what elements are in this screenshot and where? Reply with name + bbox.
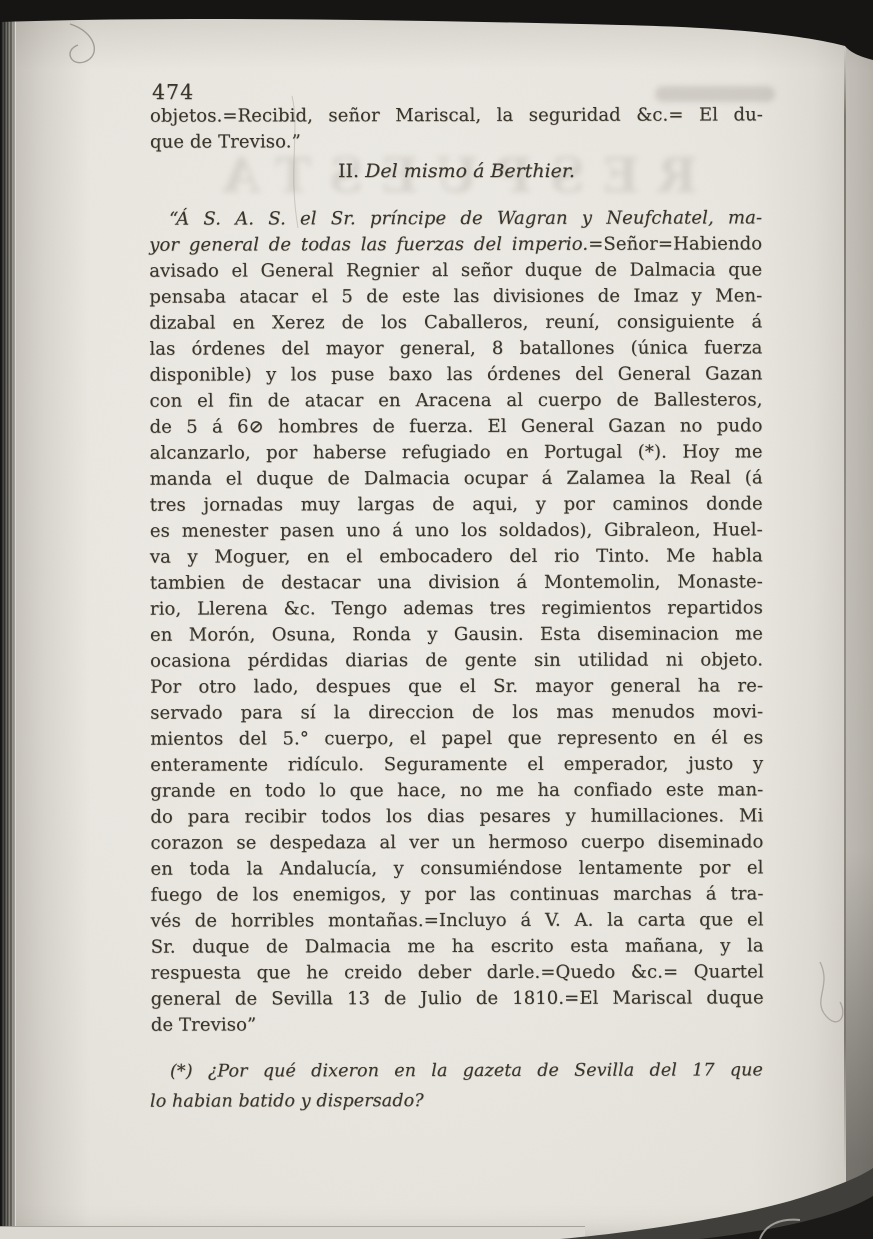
right-page-shade — [846, 46, 873, 1196]
text-line: “Á S. A. S. el Sr. príncipe de Wagran y … — [149, 205, 762, 232]
text-line: servado para sí la direccion de los mas … — [150, 699, 763, 726]
letter-body: “Á S. A. S. el Sr. príncipe de Wagran y … — [149, 205, 764, 1038]
carryover-paragraph: objetos.=Recibid, señor Mariscal, la seg… — [150, 102, 763, 155]
text-line: de Treviso” — [151, 1011, 764, 1038]
text-line: ocasiona pérdidas diarias de gente sin u… — [150, 647, 763, 674]
text-line: fuego de los enemigos, y por las continu… — [151, 881, 764, 908]
book-scan: RESPUESTA 474 objetos.=Recibid, señor Ma… — [0, 0, 873, 1239]
bleedthrough-smudge — [655, 86, 775, 102]
text-line: (*) ¿Por qué dixeron en la gazeta de Sev… — [150, 1055, 763, 1086]
text-line: en Morón, Osuna, Ronda y Gausin. Esta di… — [150, 621, 763, 648]
text-line: tambien de destacar una division á Monte… — [150, 569, 763, 596]
text-line: respuesta que he creido deber darle.=Que… — [151, 959, 764, 986]
text-line: Sr. duque de Dalmacia me ha escrito esta… — [151, 933, 764, 960]
text-line: enteramente ridículo. Seguramente el emp… — [150, 751, 763, 778]
section-heading: II. Del mismo á Berthier. — [150, 160, 763, 182]
text-segment: yor general de todas las fuerzas del imp… — [149, 234, 588, 256]
text-line: dizabal en Xerez de los Caballeros, reun… — [149, 309, 762, 336]
text-line: en toda la Andalucía, y consumiéndose le… — [150, 855, 763, 882]
heading-numeral: II. — [338, 160, 359, 182]
text-line: vés de horribles montañas.=Incluyo á V. … — [151, 907, 764, 934]
text-line: manda el duque de Dalmacia ocupar á Zala… — [150, 465, 763, 492]
text-segment: =Señor=Habiendo — [588, 233, 762, 254]
text-line: va y Moguer, en el embocadero del rio Ti… — [150, 543, 763, 570]
text-line: que de Treviso.” — [150, 128, 763, 155]
text-line: pensaba atacar el 5 de este las division… — [149, 283, 762, 310]
text-line: objetos.=Recibid, señor Mariscal, la seg… — [150, 102, 763, 129]
page-number: 474 — [152, 80, 194, 104]
text-line: lo habian batido y dispersado? — [150, 1085, 763, 1116]
text-line: es menester pasen uno á uno los soldados… — [150, 517, 763, 544]
text-line: avisado el General Regnier al señor duqu… — [149, 257, 762, 284]
spine-edge — [0, 0, 16, 1239]
text-line: general de Sevilla 13 de Julio de 1810.=… — [151, 985, 764, 1012]
text-line: do para recibir todos los dias pesares y… — [150, 803, 763, 830]
text-line: disponible) y los puse baxo las órdenes … — [149, 361, 762, 388]
heading-title: Del mismo á Berthier. — [365, 160, 575, 182]
footnote: (*) ¿Por qué dixeron en la gazeta de Sev… — [150, 1055, 763, 1116]
text-line: yor general de todas las fuerzas del imp… — [149, 231, 762, 258]
text-line: de 5 á 6⊘ hombres de fuerza. El General … — [150, 413, 763, 440]
text-line: Por otro lado, despues que el Sr. mayor … — [150, 673, 763, 700]
text-line: alcanzarlo, por haberse refugiado en Por… — [150, 439, 763, 466]
text-line: grande en todo lo que hace, no me ha con… — [150, 777, 763, 804]
text-line: rio, Llerena &c. Tengo ademas tres regim… — [150, 595, 763, 622]
text-line: con el fin de atacar en Aracena al cuerp… — [150, 387, 763, 414]
bottom-edge-strip — [0, 1226, 585, 1239]
text-line: mientos del 5.° cuerpo, el papel que rep… — [150, 725, 763, 752]
page-fold-line — [844, 48, 846, 1173]
text-line: tres jornadas muy largas de aqui, y por … — [150, 491, 763, 518]
text-line: corazon se despedaza al ver un hermoso c… — [150, 829, 763, 856]
text-line: las órdenes del mayor general, 8 batallo… — [149, 335, 762, 362]
